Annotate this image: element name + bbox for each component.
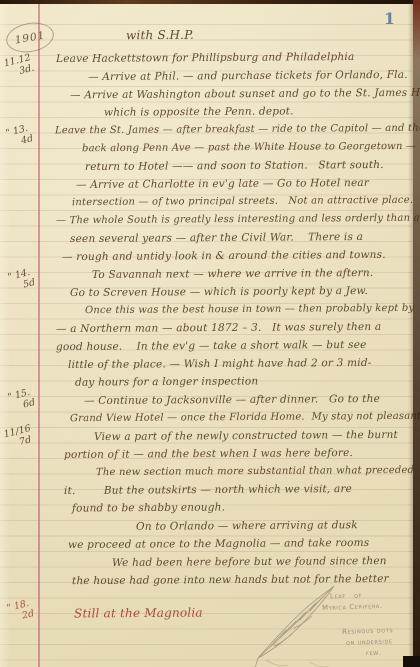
manuscript-line: — Arrive at Washington about sunset and … (70, 88, 420, 101)
manuscript-line: View a part of the newly constructed tow… (94, 430, 398, 443)
manuscript-line: return to Hotel —— and soon to Station. … (85, 160, 384, 173)
paper-left-edge (0, 0, 10, 667)
manuscript-line: found to be shabby enough. (72, 502, 225, 514)
photo-right-edge (413, 0, 420, 667)
manuscript-line: Go to Screven House — which is poorly ke… (70, 286, 368, 299)
leaf-caption-line: Leaf of (330, 592, 362, 600)
margin-rule-line (38, 0, 40, 667)
manuscript-line: To Savannah next — where we arrive in th… (92, 268, 373, 280)
page-number-stamp: 1 (384, 9, 395, 28)
manuscript-line: — a Northern man — about 1872 – 3. It wa… (56, 322, 381, 335)
manuscript-line: it. But the outskirts — north which we v… (64, 484, 352, 497)
page-heading: with S.H.P. (126, 29, 194, 41)
manuscript-line: the house had gone into new hands but no… (72, 574, 389, 587)
manuscript-line: — Arrive at Charlotte in ev'g late — Go … (76, 178, 369, 191)
manuscript-line: — Continue to Jacksonville — after dinne… (84, 394, 380, 407)
manuscript-line: which is opposite the Penn. depot. (104, 106, 294, 118)
manuscript-line: seen several years — after the Civil War… (70, 232, 363, 245)
leaf-caption-line: few. (366, 650, 382, 658)
manuscript-line: good house. In the ev'g — take a short w… (56, 340, 367, 353)
year-label: 1901 (14, 29, 46, 46)
manuscript-line: Still at the Magnolia (74, 607, 203, 620)
manuscript-line: — rough and untidy look in & around the … (62, 250, 386, 263)
manuscript-line: we proceed at once to the Magnolia — and… (68, 538, 369, 551)
manuscript-line: Leave Hackettstown for Phillipsburg and … (56, 52, 355, 65)
photo-top-edge (0, 0, 420, 4)
leaf-sketch-drawing (250, 584, 340, 667)
manuscript-line: On to Orlando — where arriving at dusk (136, 520, 358, 532)
manuscript-line: — Arrive at Phil. — and purchase tickets… (88, 70, 408, 83)
manuscript-line: day hours for a longer inspection (75, 376, 258, 388)
manuscript-line: portion of it — and the best when I was … (64, 448, 353, 461)
manuscript-line: We had been here before but we found sin… (112, 556, 387, 568)
diary-page: 1901 1 with S.H.P. 11.123d." 13.4d" 14.5… (0, 0, 420, 667)
manuscript-line: little of the place. — Wish I might have… (68, 358, 372, 371)
photo-corner-mark (403, 656, 420, 667)
